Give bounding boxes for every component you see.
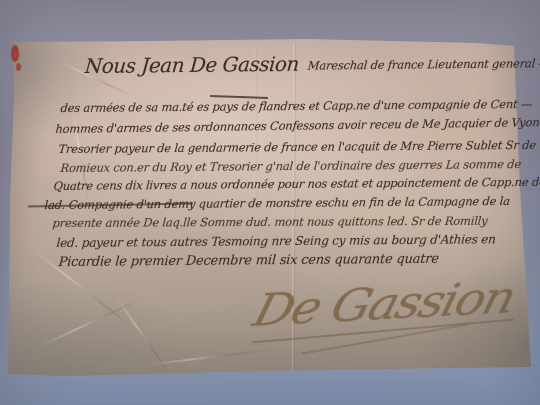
manuscript-photo: Nous Jean De Gassion Mareschal de france…: [0, 0, 540, 405]
opening-line: Nous Jean De Gassion Mareschal de france…: [84, 49, 540, 78]
crease-line: [146, 348, 275, 366]
crease-line: [115, 295, 174, 378]
handwritten-line: presente année De laq.lle Somme dud. mon…: [52, 214, 488, 230]
red-wax-stain: [16, 63, 21, 71]
crease-line: [39, 295, 149, 348]
author-name-text: Nous Jean De Gassion: [84, 52, 300, 78]
title-text: Mareschal de france Lieutenant general —: [307, 56, 540, 76]
red-wax-stain: [11, 45, 19, 62]
